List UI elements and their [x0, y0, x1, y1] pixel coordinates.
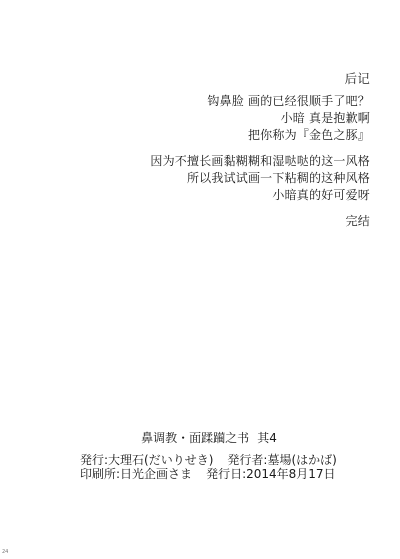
colophon-row-publisher: 発行:大理石(だいりせき)発行者:墓場(はかば) — [0, 453, 400, 467]
afterword-line: 所以我试试画一下粘稠的这种风格 — [70, 170, 370, 187]
afterword-heading: 后记 — [70, 70, 370, 87]
publish-date: 2014年8月17日 — [246, 467, 335, 481]
afterword-ending: 完结 — [70, 213, 370, 230]
author-label: 発行者: — [227, 453, 267, 467]
afterword-paragraph-2: 因为不擅长画黏糊糊和湿哒哒的这一风格 所以我试试画一下粘稠的这种风格 小暗真的好… — [70, 153, 370, 204]
publisher-name: 大理石(だいりせき) — [108, 453, 213, 467]
printer-name: 日光企画さま — [120, 467, 192, 481]
afterword-line: 小暗 真是抱歉啊 — [70, 110, 370, 127]
book-title: 鼻调教・面蹂躏之书 — [141, 431, 249, 445]
document-page: 后记 钩鼻脸 画的已经很顺手了吧？ 小暗 真是抱歉啊 把你称为『金色之豚』 因为… — [0, 0, 400, 559]
afterword-line: 因为不擅长画黏糊糊和湿哒哒的这一风格 — [70, 153, 370, 170]
book-title-line: 鼻调教・面蹂躏之书其4 — [0, 430, 400, 446]
afterword-line: 把你称为『金色之豚』 — [70, 127, 370, 144]
author-name: 墓場(はかば) — [267, 453, 336, 467]
afterword-paragraph-1: 钩鼻脸 画的已经很顺手了吧？ 小暗 真是抱歉啊 把你称为『金色之豚』 — [70, 93, 370, 144]
colophon-row-printer: 印刷所:日光企画さま発行日:2014年8月17日 — [0, 467, 400, 481]
page-number: 24 — [2, 549, 8, 555]
publisher-label: 発行: — [80, 453, 108, 467]
book-issue: 其4 — [257, 431, 277, 445]
printer-label: 印刷所: — [80, 467, 120, 481]
colophon: 鼻调教・面蹂躏之书其4 発行:大理石(だいりせき)発行者:墓場(はかば) 印刷所… — [0, 430, 400, 481]
afterword-line: 钩鼻脸 画的已经很顺手了吧？ — [70, 93, 370, 110]
afterword-section: 后记 钩鼻脸 画的已经很顺手了吧？ 小暗 真是抱歉啊 把你称为『金色之豚』 因为… — [70, 70, 370, 230]
afterword-line: 小暗真的好可爱呀 — [70, 187, 370, 204]
date-label: 発行日: — [206, 467, 246, 481]
